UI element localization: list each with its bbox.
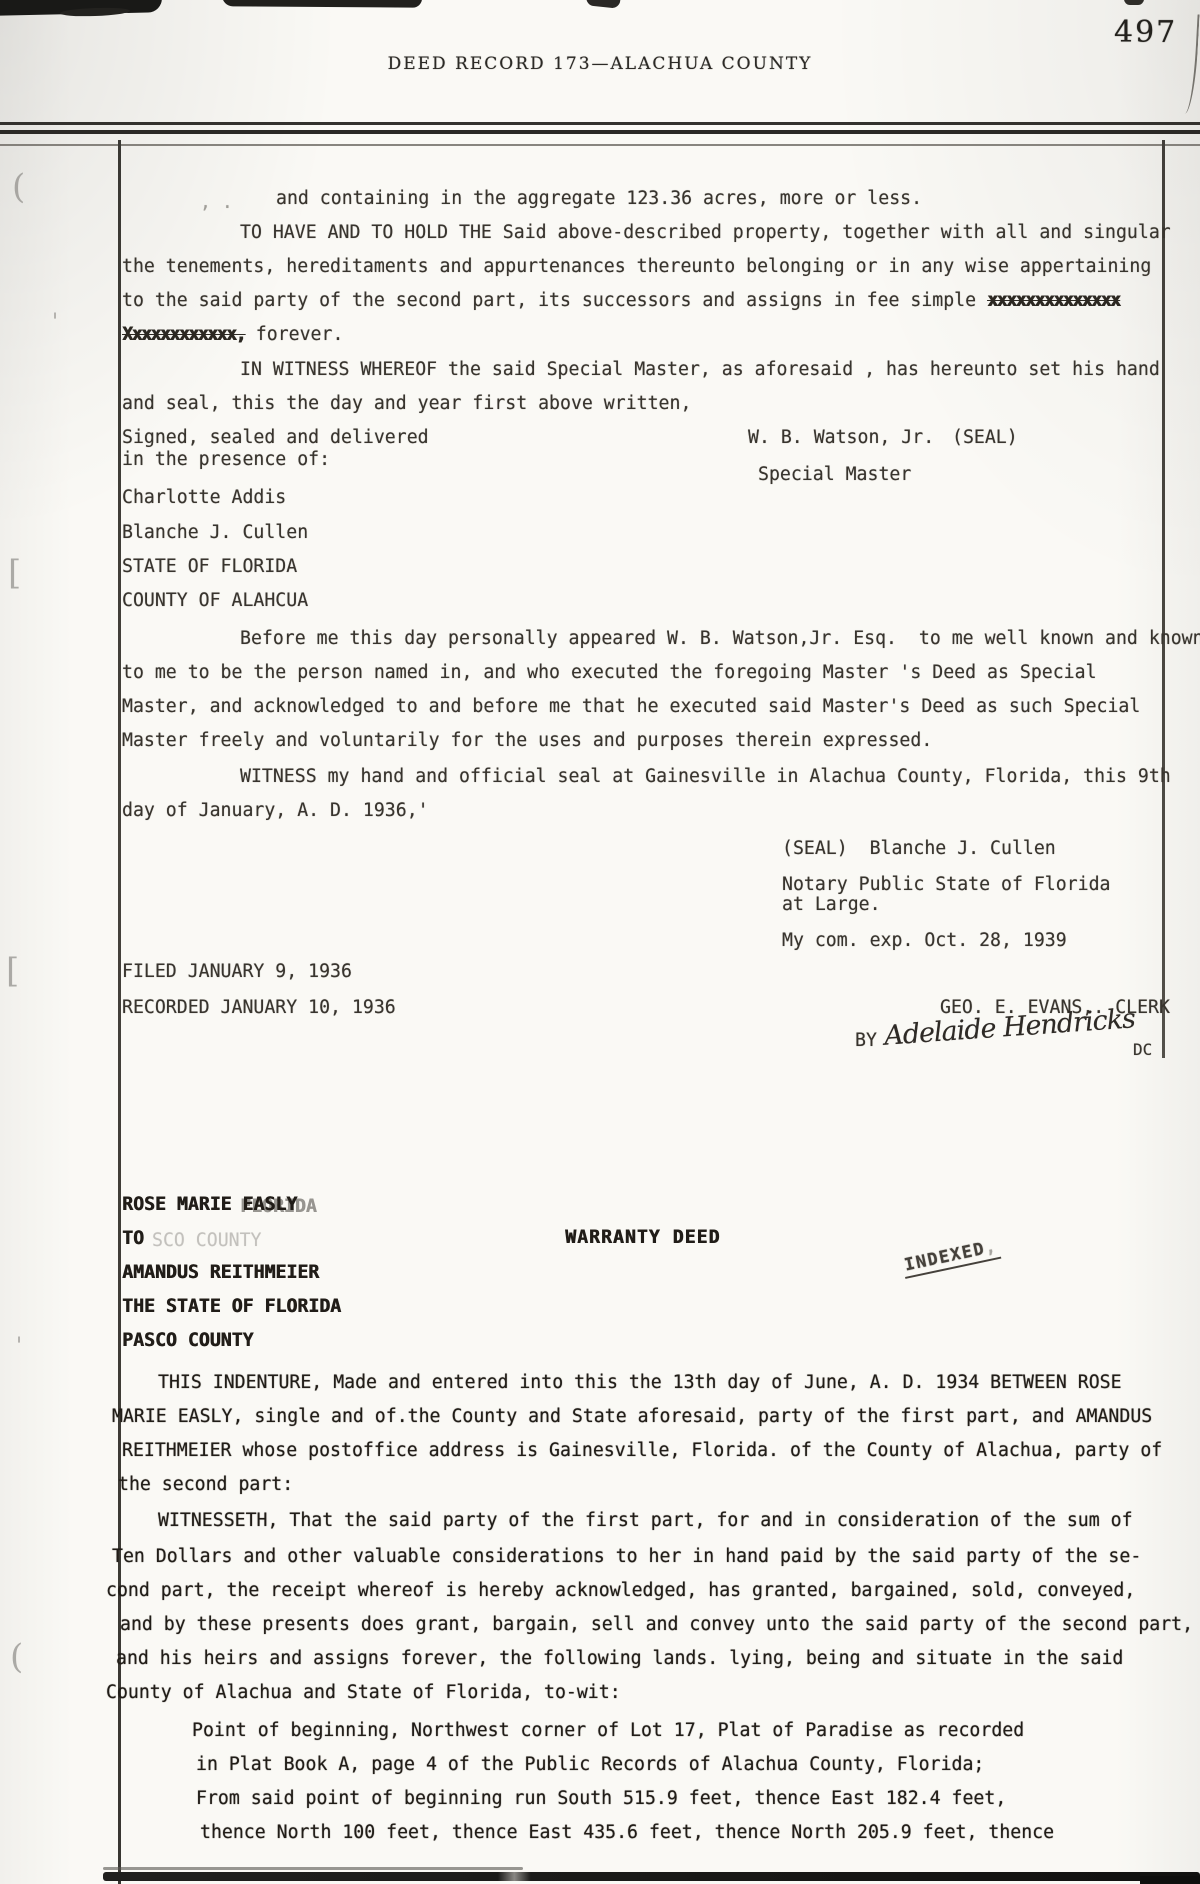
commission-expiry-line: My com. exp. Oct. 28, 1939 [782, 932, 1067, 950]
grantee-name: AMANDUS REITHMEIER [122, 1264, 319, 1282]
header-rule-bottom [0, 130, 1200, 134]
notary-seal-line: (SEAL) Blanche J. Cullen [782, 840, 1056, 858]
strikeout-text: xxxxxxxxxxxxxx [987, 290, 1119, 311]
indenture-line-1: THIS INDENTURE, Made and entered into th… [158, 1374, 1122, 1392]
to-ghost-text: SCO COUNTY [152, 1232, 262, 1250]
instrument-title: WARRANTY DEED [565, 1229, 720, 1247]
page-number: 497 [1114, 18, 1177, 48]
indenture-line-2: MARIE EASLY, single and of.the County an… [112, 1408, 1152, 1426]
margin-mark: ( [10, 1640, 23, 1674]
witness-clause-line-2: and seal, this the day and year first ab… [122, 395, 691, 413]
header-rule-top [0, 122, 1200, 125]
legal-description-line-1: Point of beginning, Northwest corner of … [192, 1722, 1024, 1740]
notary-witness-line-1: WITNESS my hand and official seal at Gai… [240, 768, 1171, 786]
right-margin-rule [1162, 140, 1165, 1058]
witnesseth-line-3: cond part, the receipt whereof is hereby… [106, 1582, 1135, 1600]
witnesseth-line-1: WITNESSETH, That the said party of the f… [158, 1512, 1133, 1530]
state-caption: STATE OF FLORIDA [122, 558, 297, 576]
state-caption-2: THE STATE OF FLORIDA [122, 1298, 341, 1316]
witnesseth-line-2: Ten Dollars and other valuable considera… [112, 1548, 1141, 1566]
filed-line: FILED JANUARY 9, 1936 [122, 963, 352, 981]
deed-record-page: 497 DEED RECORD 173—ALACHUA COUNTY ( ' [… [0, 0, 1200, 1884]
master-seal-label: (SEAL) [952, 429, 1018, 447]
margin-mark: ' [16, 1336, 22, 1358]
county-caption: COUNTY OF ALAHCUA [122, 592, 308, 610]
indexed-stamp-tail: , [983, 1236, 999, 1258]
witness-name-2: Blanche J. Cullen [122, 524, 308, 542]
indexed-stamp-text: INDEXED [903, 1239, 988, 1276]
habendum-line-2: the tenements, hereditaments and appurte… [122, 258, 1151, 276]
recorded-line: RECORDED JANUARY 10, 1936 [122, 999, 396, 1017]
legal-description-line-2: in Plat Book A, page 4 of the Public Rec… [196, 1756, 984, 1774]
witnesseth-line-6: County of Alachua and State of Florida, … [106, 1684, 621, 1702]
habendum-line-3-text: to the said party of the second part, it… [122, 290, 987, 311]
county-caption-2: PASCO COUNTY [122, 1332, 253, 1350]
deputy-initials: DC [1133, 1042, 1152, 1058]
bottom-scan-band [103, 1872, 1200, 1881]
legal-description-line-4: thence North 100 feet, thence East 435.6… [200, 1824, 1054, 1842]
habendum-line-3: to the said party of the second part, it… [122, 292, 1119, 310]
margin-mark: [ [8, 556, 21, 590]
witnesseth-line-4: and by these presents does grant, bargai… [120, 1616, 1193, 1634]
habendum-forever-text: forever. [245, 324, 344, 345]
master-title-line: Special Master [758, 466, 911, 484]
indexed-stamp: INDEXED, [901, 1236, 1002, 1279]
witness-clause-line-1: IN WITNESS WHEREOF the said Special Mast… [240, 361, 1160, 379]
indenture-line-4: the second part: [118, 1476, 293, 1494]
signed-sealed-line-1: Signed, sealed and delivered [122, 429, 429, 447]
acreage-line: and containing in the aggregate 123.36 a… [276, 190, 922, 208]
margin-mark: ( [12, 170, 25, 204]
bottom-scan-band-corner [1140, 1876, 1200, 1884]
ledger-header: DEED RECORD 173—ALACHUA COUNTY [388, 56, 813, 73]
typed-stray-marks: , . [200, 194, 233, 212]
margin-mark: ' [52, 312, 58, 334]
header-rule-thin [0, 144, 1200, 146]
bottom-scan-band-shadow [103, 1867, 523, 1870]
notary-witness-line-2: day of January, A. D. 1936,' [122, 802, 429, 820]
habendum-line-4: Xxxxxxxxxxxx, forever. [122, 326, 343, 344]
ink-smudge [586, 0, 621, 9]
legal-description-line-3: From said point of beginning run South 5… [196, 1790, 1006, 1808]
notary-title-line-2: at Large. [782, 896, 881, 914]
witnesseth-line-5: and his heirs and assigns forever, the f… [116, 1650, 1123, 1668]
grantor-ghost-text: FLORIDA [240, 1198, 317, 1216]
signed-sealed-line-2: in the presence of: [122, 451, 330, 469]
master-signature-line: W. B. Watson, Jr. [748, 429, 934, 447]
margin-mark: [ [6, 954, 19, 988]
witness-name-1: Charlotte Addis [122, 489, 286, 507]
ink-smudge [1124, 0, 1144, 5]
acknowledgment-line-2: to me to be the person named in, and who… [122, 664, 1097, 682]
habendum-line-1: TO HAVE AND TO HOLD THE Said above-descr… [240, 224, 1171, 242]
acknowledgment-line-3: Master, and acknowledged to and before m… [122, 698, 1140, 716]
to-label: TO [122, 1230, 144, 1248]
notary-title-line-1: Notary Public State of Florida [782, 876, 1111, 894]
indenture-line-3: REITHMEIER whose postoffice address is G… [122, 1442, 1162, 1460]
by-label: BY [855, 1032, 877, 1050]
acknowledgment-line-4: Master freely and voluntarily for the us… [122, 732, 932, 750]
acknowledgment-line-1: Before me this day personally appeared W… [240, 630, 1200, 648]
ink-smudge [222, 0, 422, 8]
strikeout-text: Xxxxxxxxxxxx, [122, 324, 245, 345]
page-edge-mark [1180, 14, 1199, 115]
